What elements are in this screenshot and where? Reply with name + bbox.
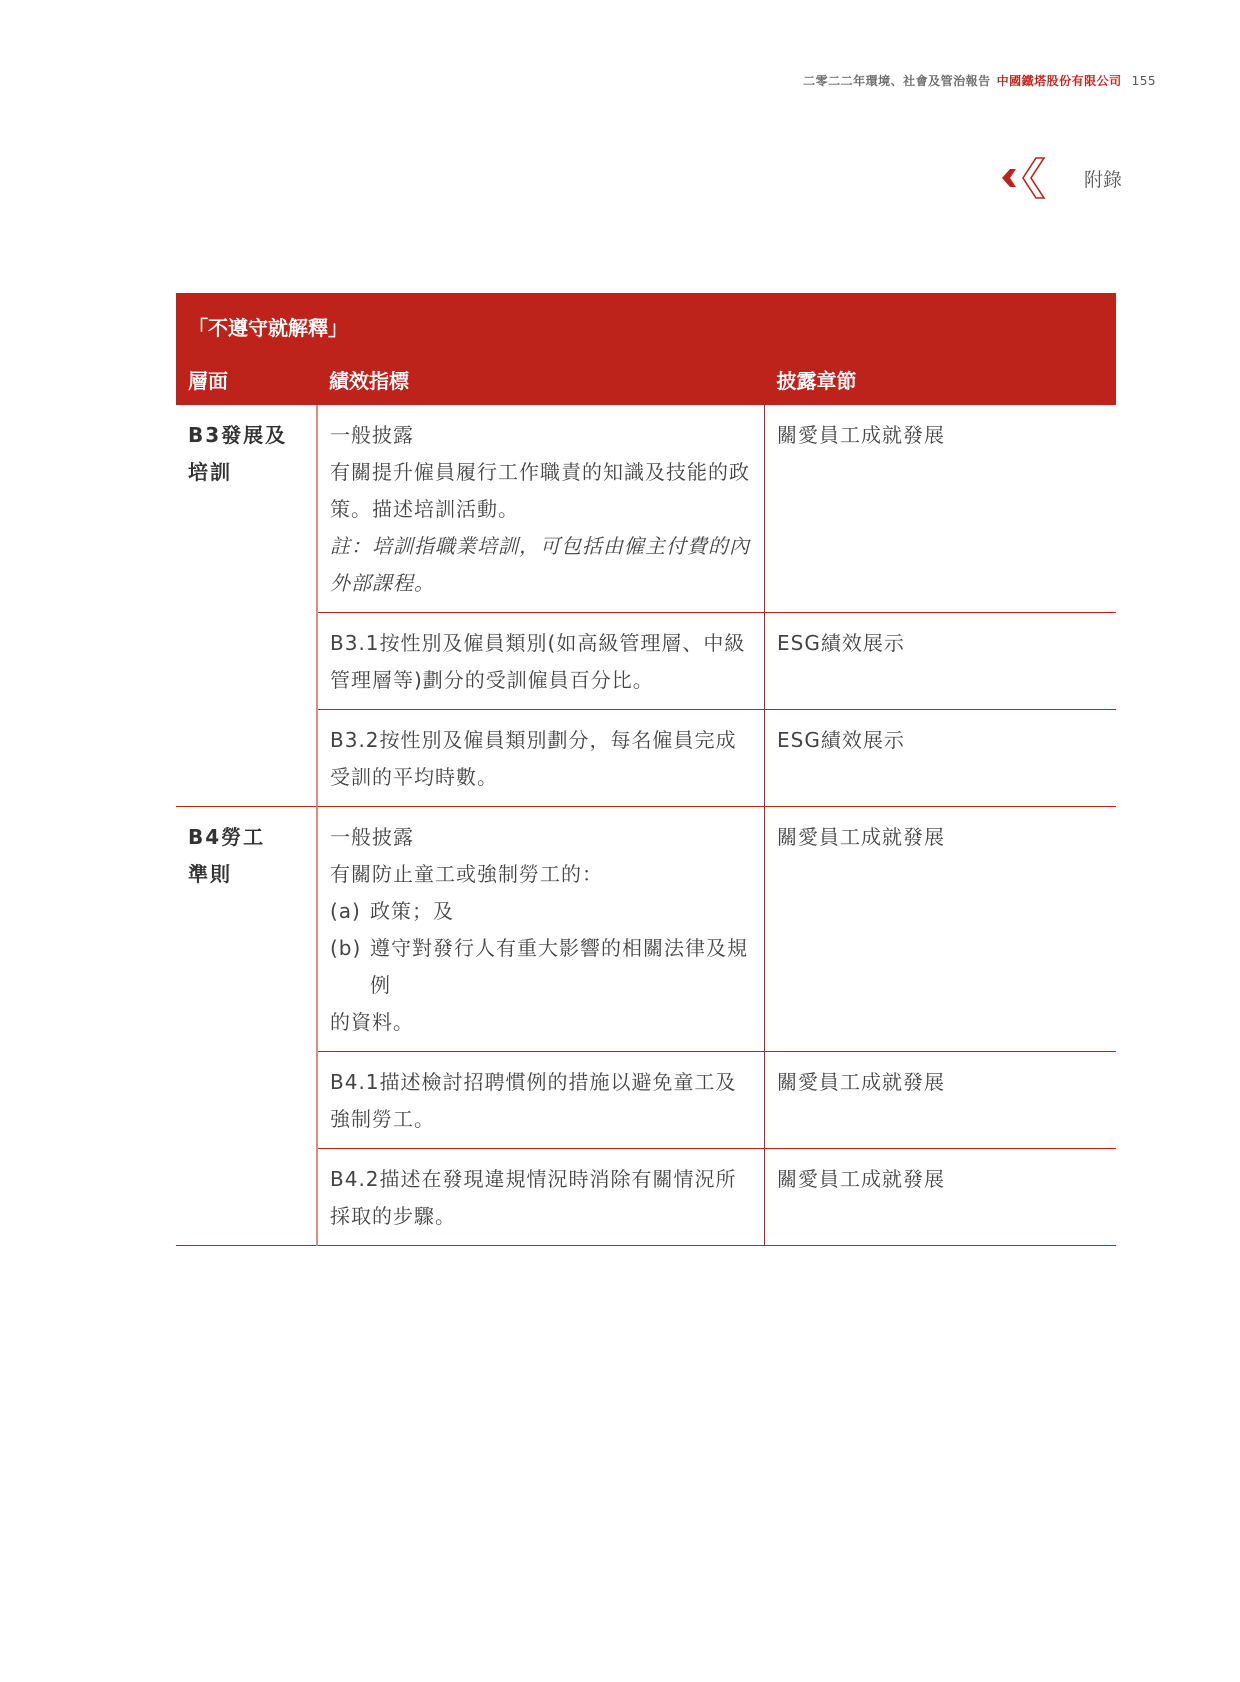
page-number: 155: [1132, 74, 1156, 88]
kpi-heading: 一般披露: [330, 417, 752, 454]
table-row: B3發展及 培訓 一般披露 有關提升僱員履行工作職責的知識及技能的政策。描述培訓…: [176, 405, 1116, 613]
section-cell: ESG績效展示: [765, 710, 1117, 807]
kpi-heading: 一般披露: [330, 819, 752, 856]
kpi-list-item: (b)遵守對發行人有重大影響的相關法律及規例: [330, 930, 752, 1004]
running-header: 二零二二年環境、社會及管治報告中國鐵塔股份有限公司155: [803, 72, 1156, 89]
section-cell: ESG績效展示: [765, 613, 1117, 710]
list-text: 遵守對發行人有重大影響的相關法律及規例: [370, 936, 748, 997]
kpi-list-item: (a)政策；及: [330, 893, 752, 930]
list-text: 政策；及: [370, 899, 454, 923]
kpi-text: 有關防止童工或強制勞工的：: [330, 856, 752, 893]
column-header-section: 披露章節: [765, 353, 1117, 405]
comply-or-explain-table: 「不遵守就解釋」 層面 績效指標 披露章節 B3發展及 培訓 一般披露 有關提升…: [176, 293, 1116, 1246]
aspect-line: B3發展及: [188, 417, 304, 454]
company-name: 中國鐵塔股份有限公司: [997, 74, 1122, 88]
table-row: B3.2按性別及僱員類別劃分，每名僱員完成受訓的平均時數。 ESG績效展示: [176, 710, 1116, 807]
kpi-cell: B3.2按性別及僱員類別劃分，每名僱員完成受訓的平均時數。: [317, 710, 765, 807]
aspect-line: 準則: [188, 856, 304, 893]
kpi-cell: B3.1按性別及僱員類別(如高級管理層、中級管理層等)劃分的受訓僱員百分比。: [317, 613, 765, 710]
list-marker: (a): [330, 893, 370, 930]
double-chevron-left-icon: [998, 156, 1048, 200]
column-header-aspect: 層面: [176, 353, 317, 405]
column-header-kpi: 績效指標: [317, 353, 765, 405]
kpi-cell: 一般披露 有關提升僱員履行工作職責的知識及技能的政策。描述培訓活動。 註：培訓指…: [317, 405, 765, 613]
aspect-line: 培訓: [188, 454, 304, 491]
list-marker: (b): [330, 930, 370, 967]
kpi-text: 有關提升僱員履行工作職責的知識及技能的政策。描述培訓活動。: [330, 454, 752, 528]
section-label: 附錄: [1084, 165, 1122, 192]
table-title: 「不遵守就解釋」: [176, 293, 1116, 353]
table-row: B4勞工 準則 一般披露 有關防止童工或強制勞工的： (a)政策；及 (b)遵守…: [176, 807, 1116, 1052]
aspect-cell: B3發展及 培訓: [176, 405, 317, 807]
aspect-cell: B4勞工 準則: [176, 807, 317, 1246]
kpi-cell: B4.1描述檢討招聘慣例的措施以避免童工及強制勞工。: [317, 1052, 765, 1149]
aspect-line: B4勞工: [188, 819, 304, 856]
kpi-note: 註：培訓指職業培訓，可包括由僱主付費的內外部課程。: [330, 528, 752, 602]
section-cell: 關愛員工成就發展: [765, 1052, 1117, 1149]
table-row: B3.1按性別及僱員類別(如高級管理層、中級管理層等)劃分的受訓僱員百分比。 E…: [176, 613, 1116, 710]
table-row: B4.1描述檢討招聘慣例的措施以避免童工及強制勞工。 關愛員工成就發展: [176, 1052, 1116, 1149]
kpi-tail: 的資料。: [330, 1004, 752, 1041]
table-row: B4.2描述在發現違規情況時消除有關情況所採取的步驟。 關愛員工成就發展: [176, 1149, 1116, 1246]
section-cell: 關愛員工成就發展: [765, 807, 1117, 1052]
section-nav[interactable]: 附錄: [998, 156, 1122, 200]
kpi-cell: B4.2描述在發現違規情況時消除有關情況所採取的步驟。: [317, 1149, 765, 1246]
kpi-cell: 一般披露 有關防止童工或強制勞工的： (a)政策；及 (b)遵守對發行人有重大影…: [317, 807, 765, 1052]
report-title: 二零二二年環境、社會及管治報告: [803, 74, 991, 88]
section-cell: 關愛員工成就發展: [765, 1149, 1117, 1246]
section-cell: 關愛員工成就發展: [765, 405, 1117, 613]
